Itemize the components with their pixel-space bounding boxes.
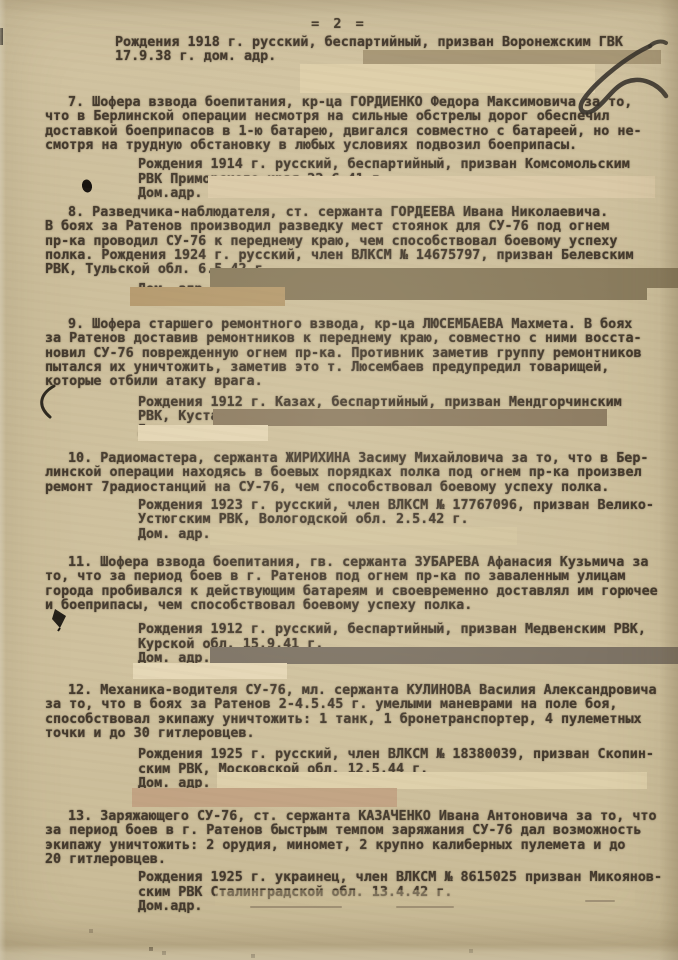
pen-stroke <box>34 384 60 420</box>
text-line: Рождения 1912 г. Казах, беспартийный, пр… <box>45 396 678 410</box>
redaction-entry7-address <box>208 176 655 198</box>
edge-tear-mark <box>0 28 3 45</box>
text-line: то, что за период боев в г. Ратенов под … <box>45 570 678 584</box>
text-line: экипажу уничтожить: 2 орудия, миномет, 2… <box>45 839 678 853</box>
text-line: новил СУ-76 поврежденную огнем пр-ка. Пр… <box>45 347 678 361</box>
text-line: Рождения 1925 г. русский, член ВЛКСМ № 1… <box>45 748 678 762</box>
text-line: за то, что в боях за Ратенов 2-4.5.45 г.… <box>45 698 678 712</box>
ink-blot <box>80 178 94 194</box>
text-line: и боеприпасы, чем способствовал боевому … <box>45 599 678 613</box>
text-line: Рождения 1912 г. русский, беспартийный, … <box>45 623 678 637</box>
handwritten-numeral-2-mark <box>520 38 670 123</box>
redaction-entry8-tan <box>130 287 285 306</box>
text-line: смотря на трудную обстановку в любых усл… <box>45 139 678 153</box>
paper-speckles <box>0 0 2 2</box>
redaction-entry11-light <box>133 663 287 679</box>
document-page: = 2 = Рождения 1918 г. русский, беспарти… <box>0 0 678 960</box>
text-line: Устюгским РВК, Вологодской обл. 2.5.42 г… <box>45 513 678 527</box>
text-line: Рождения 1914 г. русский, беспартийный, … <box>45 158 678 172</box>
erased-text-remnant <box>250 906 342 908</box>
redaction-entry11-dark <box>210 647 678 664</box>
redaction-entry10-faint <box>210 527 517 545</box>
text-line: линской операции находясь в боевых поряд… <box>45 466 678 480</box>
redaction-entry9-light <box>138 425 268 441</box>
text-line: способствовал экипажу уничтожить: 1 танк… <box>45 713 678 727</box>
text-line: В боях за Ратенов производил разведку ме… <box>45 220 678 234</box>
text-line: за период боев в г. Ратенов быстрым темп… <box>45 824 678 838</box>
text-line: Рождения 1925 г. украинец, член ВЛКСМ № … <box>45 871 678 885</box>
text-line: за Ратенов доставив ремонтников к передн… <box>45 332 678 346</box>
redaction-entry8-dark-b <box>283 288 647 300</box>
redaction-entry9-dark <box>213 409 607 426</box>
text-line: точки и до 30 гитлеровцев. <box>45 727 678 741</box>
ink-smudge-arrow <box>50 608 68 632</box>
text-line: доставкой боеприпасов в 1-ю батарею, дви… <box>45 125 678 139</box>
erased-text-remnant <box>585 900 615 902</box>
redaction-entry12-light <box>217 772 647 789</box>
text-line: 20 гитлеровцев. <box>45 853 678 867</box>
text-line: ремонт 7радиостанций на СУ-76, чем спосо… <box>45 481 678 495</box>
redaction-entry13-faint <box>215 890 635 906</box>
erased-text-remnant <box>396 906 454 908</box>
page-number: = 2 = <box>0 17 678 31</box>
text-line: которые отбили атаку врага. <box>45 375 678 389</box>
text-line: города пробивался к действующим батареям… <box>45 585 678 599</box>
redaction-entry12-pink <box>132 788 397 807</box>
redaction-entry8-dark-a <box>210 268 678 288</box>
text-line: пр-ка проводил СУ-76 к переднему краю, ч… <box>45 235 678 249</box>
